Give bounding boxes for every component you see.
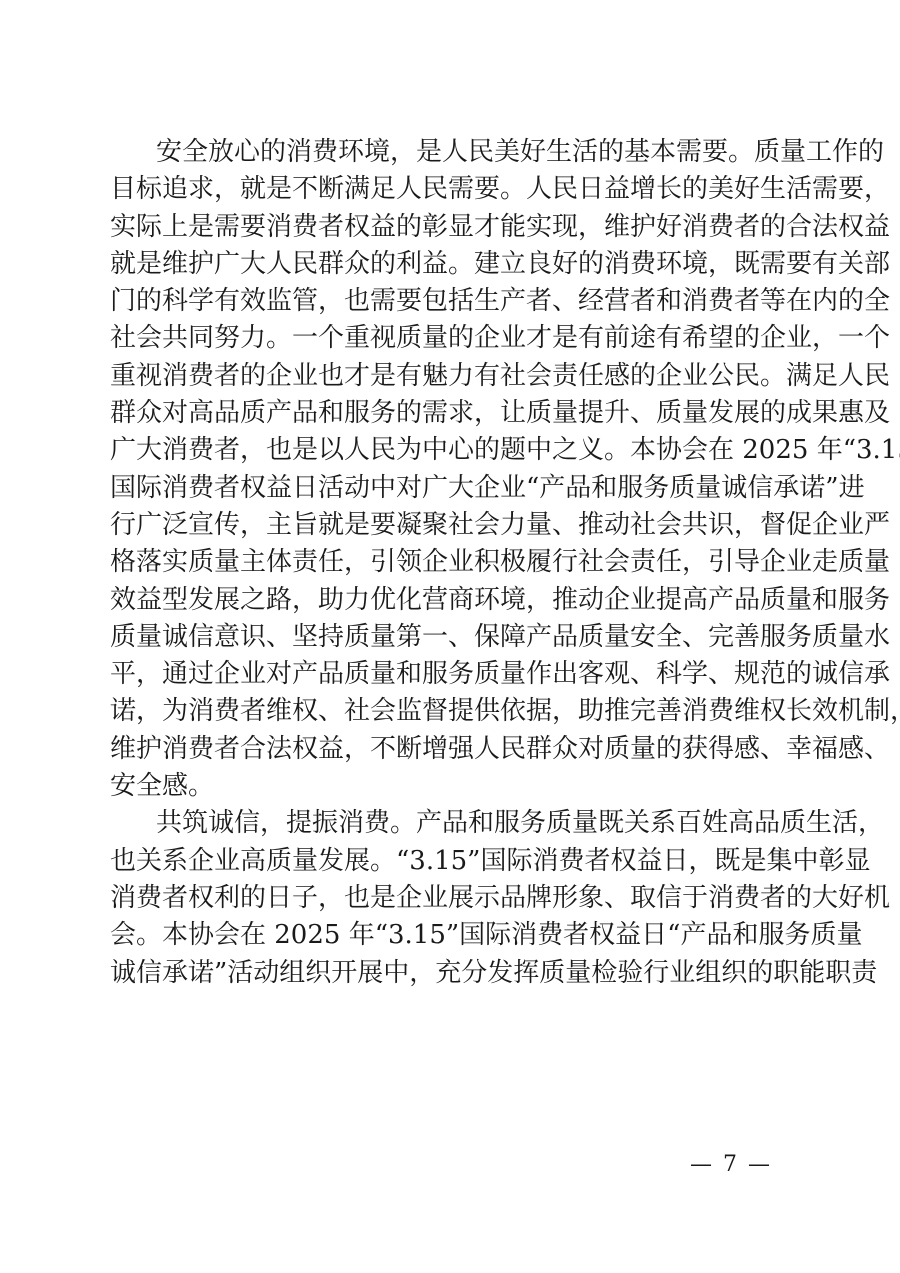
paragraph-1-line-9: 广大消费者，也是以人民为中心的题中之义。本协会在 2025 年“3.15” [110, 432, 794, 469]
paragraph-2-line-2: 也关系企业高质量发展。“3.15”国际消费者权益日，既是集中彰显 [110, 843, 794, 880]
paragraph-1-line-5: 门的科学有效监管，也需要包括生产者、经营者和消费者等在内的全 [110, 283, 794, 320]
paragraph-1-line-3: 实际上是需要消费者权益的彰显才能实现，维护好消费者的合法权益 [110, 209, 794, 246]
paragraph-2-line-3: 消费者权利的日子，也是企业展示品牌形象、取信于消费者的大好机 [110, 880, 794, 917]
paragraph-1-line-15: 平，通过企业对产品质量和服务质量作出客观、科学、规范的诚信承 [110, 656, 794, 693]
paragraph-1-line-2: 目标追求，就是不断满足人民需要。人民日益增长的美好生活需要， [110, 171, 794, 208]
paragraph-1-line-14: 质量诚信意识、坚持质量第一、保障产品质量安全、完善服务质量水 [110, 619, 794, 656]
paragraph-2-line-4: 会。本协会在 2025 年“3.15”国际消费者权益日“产品和服务质量 [110, 917, 794, 954]
page-number: — 7 — [690, 1152, 772, 1177]
paragraph-1-line-10: 国际消费者权益日活动中对广大企业“产品和服务质量诚信承诺”进 [110, 470, 794, 507]
paragraph-1-line-1: 安全放心的消费环境，是人民美好生活的基本需要。质量工作的 [110, 134, 794, 171]
paragraph-2-line-5: 诚信承诺”活动组织开展中，充分发挥质量检验行业组织的职能职责 [110, 955, 794, 992]
paragraph-2-line-1: 共筑诚信，提振消费。产品和服务质量既关系百姓高品质生活， [110, 805, 794, 842]
paragraph-1-line-17: 维护消费者合法权益，不断增强人民群众对质量的获得感、幸福感、 [110, 731, 794, 768]
paragraph-1-line-11: 行广泛宣传，主旨就是要凝聚社会力量、推动社会共识，督促企业严 [110, 507, 794, 544]
paragraph-1-line-4: 就是维护广大人民群众的利益。建立良好的消费环境，既需要有关部 [110, 246, 794, 283]
paragraph-1-line-13: 效益型发展之路，助力优化营商环境，推动企业提高产品质量和服务 [110, 582, 794, 619]
document-page: 安全放心的消费环境，是人民美好生活的基本需要。质量工作的 目标追求，就是不断满足… [0, 0, 900, 1273]
paragraph-1-line-7: 重视消费者的企业也才是有魅力有社会责任感的企业公民。满足人民 [110, 358, 794, 395]
paragraph-1-line-8: 群众对高品质产品和服务的需求，让质量提升、质量发展的成果惠及 [110, 395, 794, 432]
paragraph-1-line-18: 安全感。 [110, 768, 794, 805]
body-text: 安全放心的消费环境，是人民美好生活的基本需要。质量工作的 目标追求，就是不断满足… [110, 134, 794, 992]
paragraph-1-line-16: 诺，为消费者维权、社会监督提供依据，助推完善消费维权长效机制， [110, 693, 794, 730]
paragraph-1-line-6: 社会共同努力。一个重视质量的企业才是有前途有希望的企业，一个 [110, 320, 794, 357]
paragraph-1-line-12: 格落实质量主体责任，引领企业积极履行社会责任，引导企业走质量 [110, 544, 794, 581]
